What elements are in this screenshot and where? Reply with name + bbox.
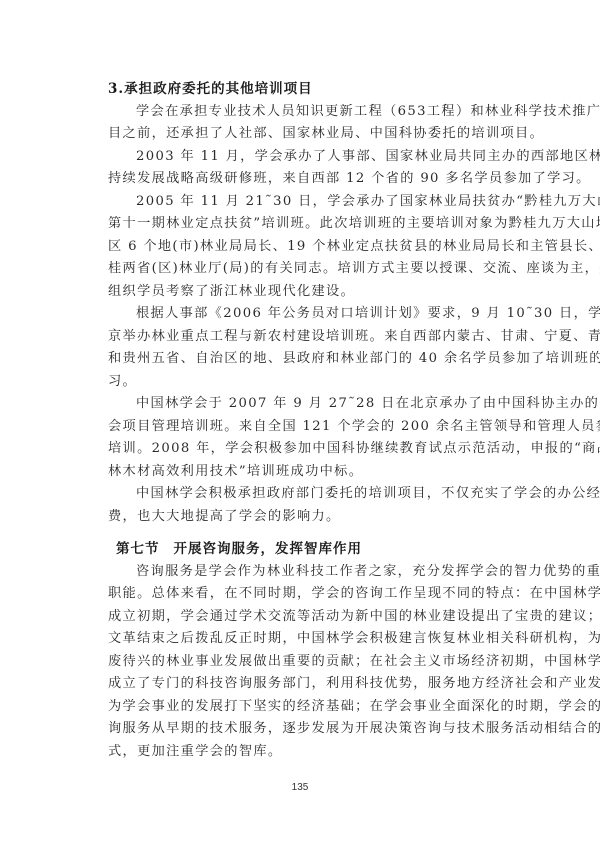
paragraph-line: 2003 年 11 月，学会承办了人事部、国家林业局共同主办的西部地区林业可 xyxy=(108,146,510,169)
page-number: 135 xyxy=(0,782,600,793)
paragraph-line: 区 6 个地(市)林业局局长、19 个林业定点扶贫县的林业局局长和主管县长、黔 xyxy=(108,236,510,259)
paragraph-line: 2005 年 11 月 21˜30 日，学会承办了国家林业局扶贫办“黔桂九万大山… xyxy=(108,191,510,214)
paragraph-line: 学会在承担专业技术人员知识更新工程（653工程）和林业科学技术推广项 xyxy=(108,101,510,124)
paragraph-line: 和贵州五省、自治区的地、县政府和林业部门的 40 余名学员参加了培训班的学 xyxy=(108,348,510,371)
paragraph-line: 培训。2008 年，学会积极参加中国科协继续教育试点示范活动，申报的“商品 xyxy=(108,438,510,461)
paragraph-line: 第十一期林业定点扶贫”培训班。此次培训班的主要培训对象为黔桂九万大山地 xyxy=(108,213,510,236)
paragraph-line: 文革结束之后拨乱反正时期，中国林学会积极建言恢复林业相关科研机构，为百 xyxy=(108,628,510,651)
paragraph: 2003 年 11 月，学会承办了人事部、国家林业局共同主办的西部地区林业可 持… xyxy=(108,146,510,191)
paragraph: 2005 年 11 月 21˜30 日，学会承办了国家林业局扶贫办“黔桂九万大山… xyxy=(108,191,510,304)
section-heading: 第七节开展咨询服务，发挥智库作用 xyxy=(108,538,510,561)
document-page: 3.承担政府委托的其他培训项目 学会在承担专业技术人员知识更新工程（653工程）… xyxy=(108,78,510,763)
section-number: 第七节 xyxy=(116,541,160,557)
paragraph-line: 组织学员考察了浙江林业现代化建设。 xyxy=(108,281,510,304)
paragraph-line: 京举办林业重点工程与新农村建设培训班。来自西部内蒙古、甘肃、宁夏、青海 xyxy=(108,326,510,349)
paragraph-line: 桂两省(区)林业厅(局)的有关同志。培训方式主要以授课、交流、座谈为主，并 xyxy=(108,258,510,281)
paragraph-line: 根据人事部《2006 年公务员对口培训计划》要求，9 月 10˜30 日，学会在… xyxy=(108,303,510,326)
paragraph: 中国林学会积极承担政府部门委托的培训项目，不仅充实了学会的办公经 费，也大大地提… xyxy=(108,483,510,528)
paragraph-line: 习。 xyxy=(108,371,510,394)
paragraph-line: 咨询服务是学会作为林业科技工作者之家，充分发挥学会的智力优势的重要 xyxy=(108,561,510,584)
paragraph-line: 费，也大大地提高了学会的影响力。 xyxy=(108,506,510,529)
paragraph-line: 废待兴的林业事业发展做出重要的贡献；在社会主义市场经济初期，中国林学会 xyxy=(108,651,510,674)
paragraph-line: 询服务从早期的技术服务，逐步发展为开展决策咨询与技术服务活动相结合的形 xyxy=(108,718,510,741)
paragraph: 中国林学会于 2007 年 9 月 27˜28 日在北京承办了由中国科协主办的全… xyxy=(108,393,510,483)
paragraph-line: 成立了专门的科技咨询服务部门，利用科技优势，服务地方经济社会和产业发展， xyxy=(108,673,510,696)
paragraph-line: 为学会事业的发展打下坚实的经济基础；在学会事业全面深化的时期，学会的咨 xyxy=(108,696,510,719)
paragraph-line: 成立初期，学会通过学术交流等活动为新中国的林业建设提出了宝贵的建议；在 xyxy=(108,606,510,629)
paragraph-line: 中国林学会积极承担政府部门委托的培训项目，不仅充实了学会的办公经 xyxy=(108,483,510,506)
paragraph-line: 中国林学会于 2007 年 9 月 27˜28 日在北京承办了由中国科协主办的全… xyxy=(108,393,510,416)
paragraph: 咨询服务是学会作为林业科技工作者之家，充分发挥学会的智力优势的重要 职能。总体来… xyxy=(108,561,510,764)
paragraph: 学会在承担专业技术人员知识更新工程（653工程）和林业科学技术推广项 目之前，还… xyxy=(108,101,510,146)
paragraph-line: 职能。总体来看，在不同时期，学会的咨询工作呈现不同的特点：在中国林学会 xyxy=(108,583,510,606)
paragraph-line: 式，更加注重学会的智库。 xyxy=(108,741,510,764)
section-title: 开展咨询服务，发挥智库作用 xyxy=(174,541,363,557)
paragraph: 根据人事部《2006 年公务员对口培训计划》要求，9 月 10˜30 日，学会在… xyxy=(108,303,510,393)
subsection-heading: 3.承担政府委托的其他培训项目 xyxy=(108,78,510,101)
paragraph-line: 林木材高效利用技术”培训班成功中标。 xyxy=(108,461,510,484)
paragraph-line: 会项目管理培训班。来自全国 121 个学会的 200 余名主管领导和管理人员参加… xyxy=(108,416,510,439)
paragraph-line: 持续发展战略高级研修班，来自西部 12 个省的 90 多名学员参加了学习。 xyxy=(108,168,510,191)
paragraph-line: 目之前，还承担了人社部、国家林业局、中国科协委托的培训项目。 xyxy=(108,123,510,146)
